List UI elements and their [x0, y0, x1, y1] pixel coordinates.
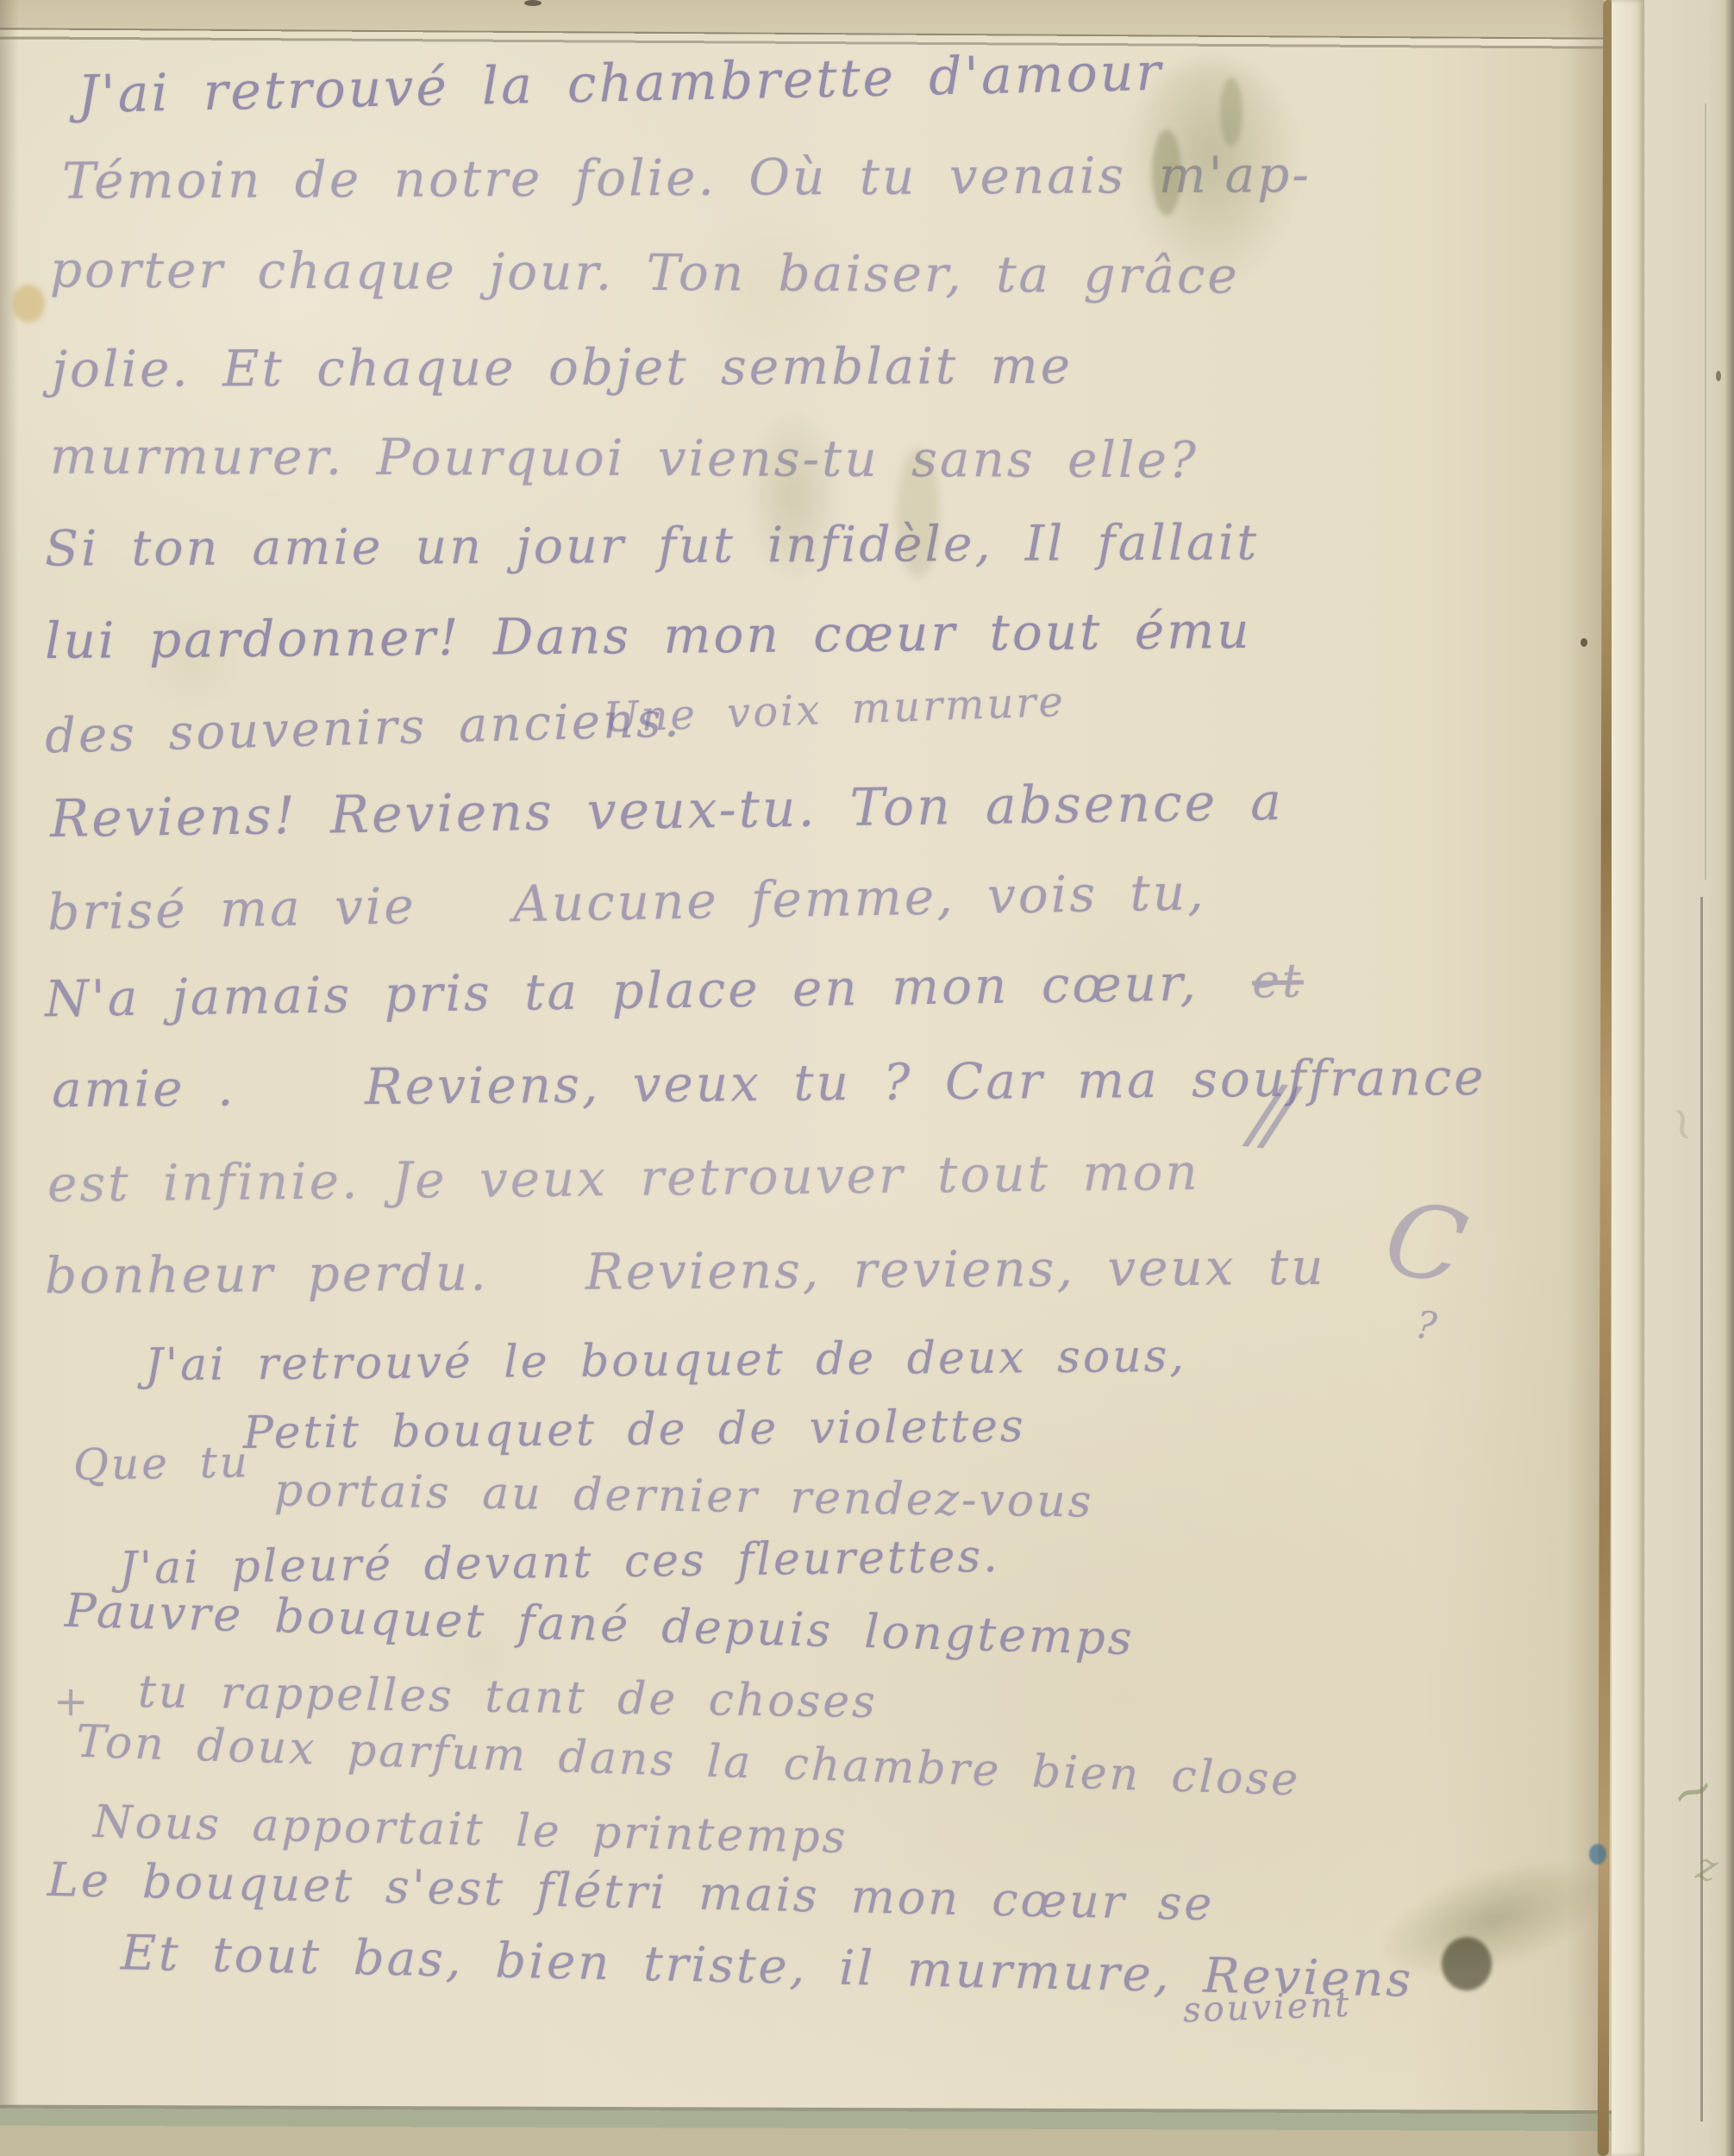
handwritten-line-14: est infinie. Je veux retrouver tout mon — [47, 1143, 1200, 1213]
speck-2 — [1716, 371, 1721, 381]
handwritten-line-6: Si ton amie un jour fut infidèle, Il fal… — [45, 514, 1260, 577]
scan-left-shadow — [0, 0, 19, 2156]
stain-olive-middle-2 — [897, 448, 940, 578]
handwritten-line-18: Que tu — [73, 1437, 251, 1490]
struck-word: et — [1251, 953, 1304, 1008]
manuscript-scan: J'ai retrouvé la chambrette d'amour Témo… — [0, 0, 1734, 2156]
adjacent-page-line — [1700, 897, 1703, 2122]
handwritten-line-15: bonheur perdu. Reviens, reviens, veux tu — [45, 1238, 1326, 1305]
stain-olive-streak-1 — [1152, 129, 1181, 216]
stain-dark-blot — [1442, 1937, 1492, 1990]
scan-right-shadow — [1725, 0, 1734, 2156]
plus-mark: + — [53, 1677, 88, 1726]
ink-speck — [524, 0, 541, 6]
stain-yellow-left — [12, 285, 45, 323]
adjacent-page-line-faint — [1705, 103, 1706, 880]
handwritten-line-3: porter chaque jour. Ton baiser, ta grâce — [50, 240, 1240, 304]
page-fold-edge — [1612, 0, 1644, 2156]
handwritten-line-4: jolie. Et chaque objet semblait me — [52, 336, 1073, 398]
handwritten-line-16: J'ai retrouvé le bouquet de deux sous, — [145, 1331, 1186, 1392]
stain-olive-middle — [746, 405, 841, 586]
adjacent-page — [1644, 0, 1734, 2156]
stain-blue-dot — [1589, 1844, 1606, 1865]
bottom-page-edge — [0, 2105, 1690, 2156]
handwritten-line-17: Petit bouquet de de violettes — [243, 1401, 1026, 1459]
handwritten-line-7: lui pardonner! Dans mon cœur tout ému — [45, 601, 1252, 670]
handwritten-line-22: tu rappelles tant de choses — [138, 1666, 879, 1728]
stain-olive-top-right — [1121, 60, 1302, 293]
speck-1 — [1581, 638, 1587, 647]
handwritten-line-5: murmurer. Pourquoi viens-tu sans elle? — [50, 427, 1199, 490]
stain-olive-streak-2 — [1220, 78, 1243, 147]
